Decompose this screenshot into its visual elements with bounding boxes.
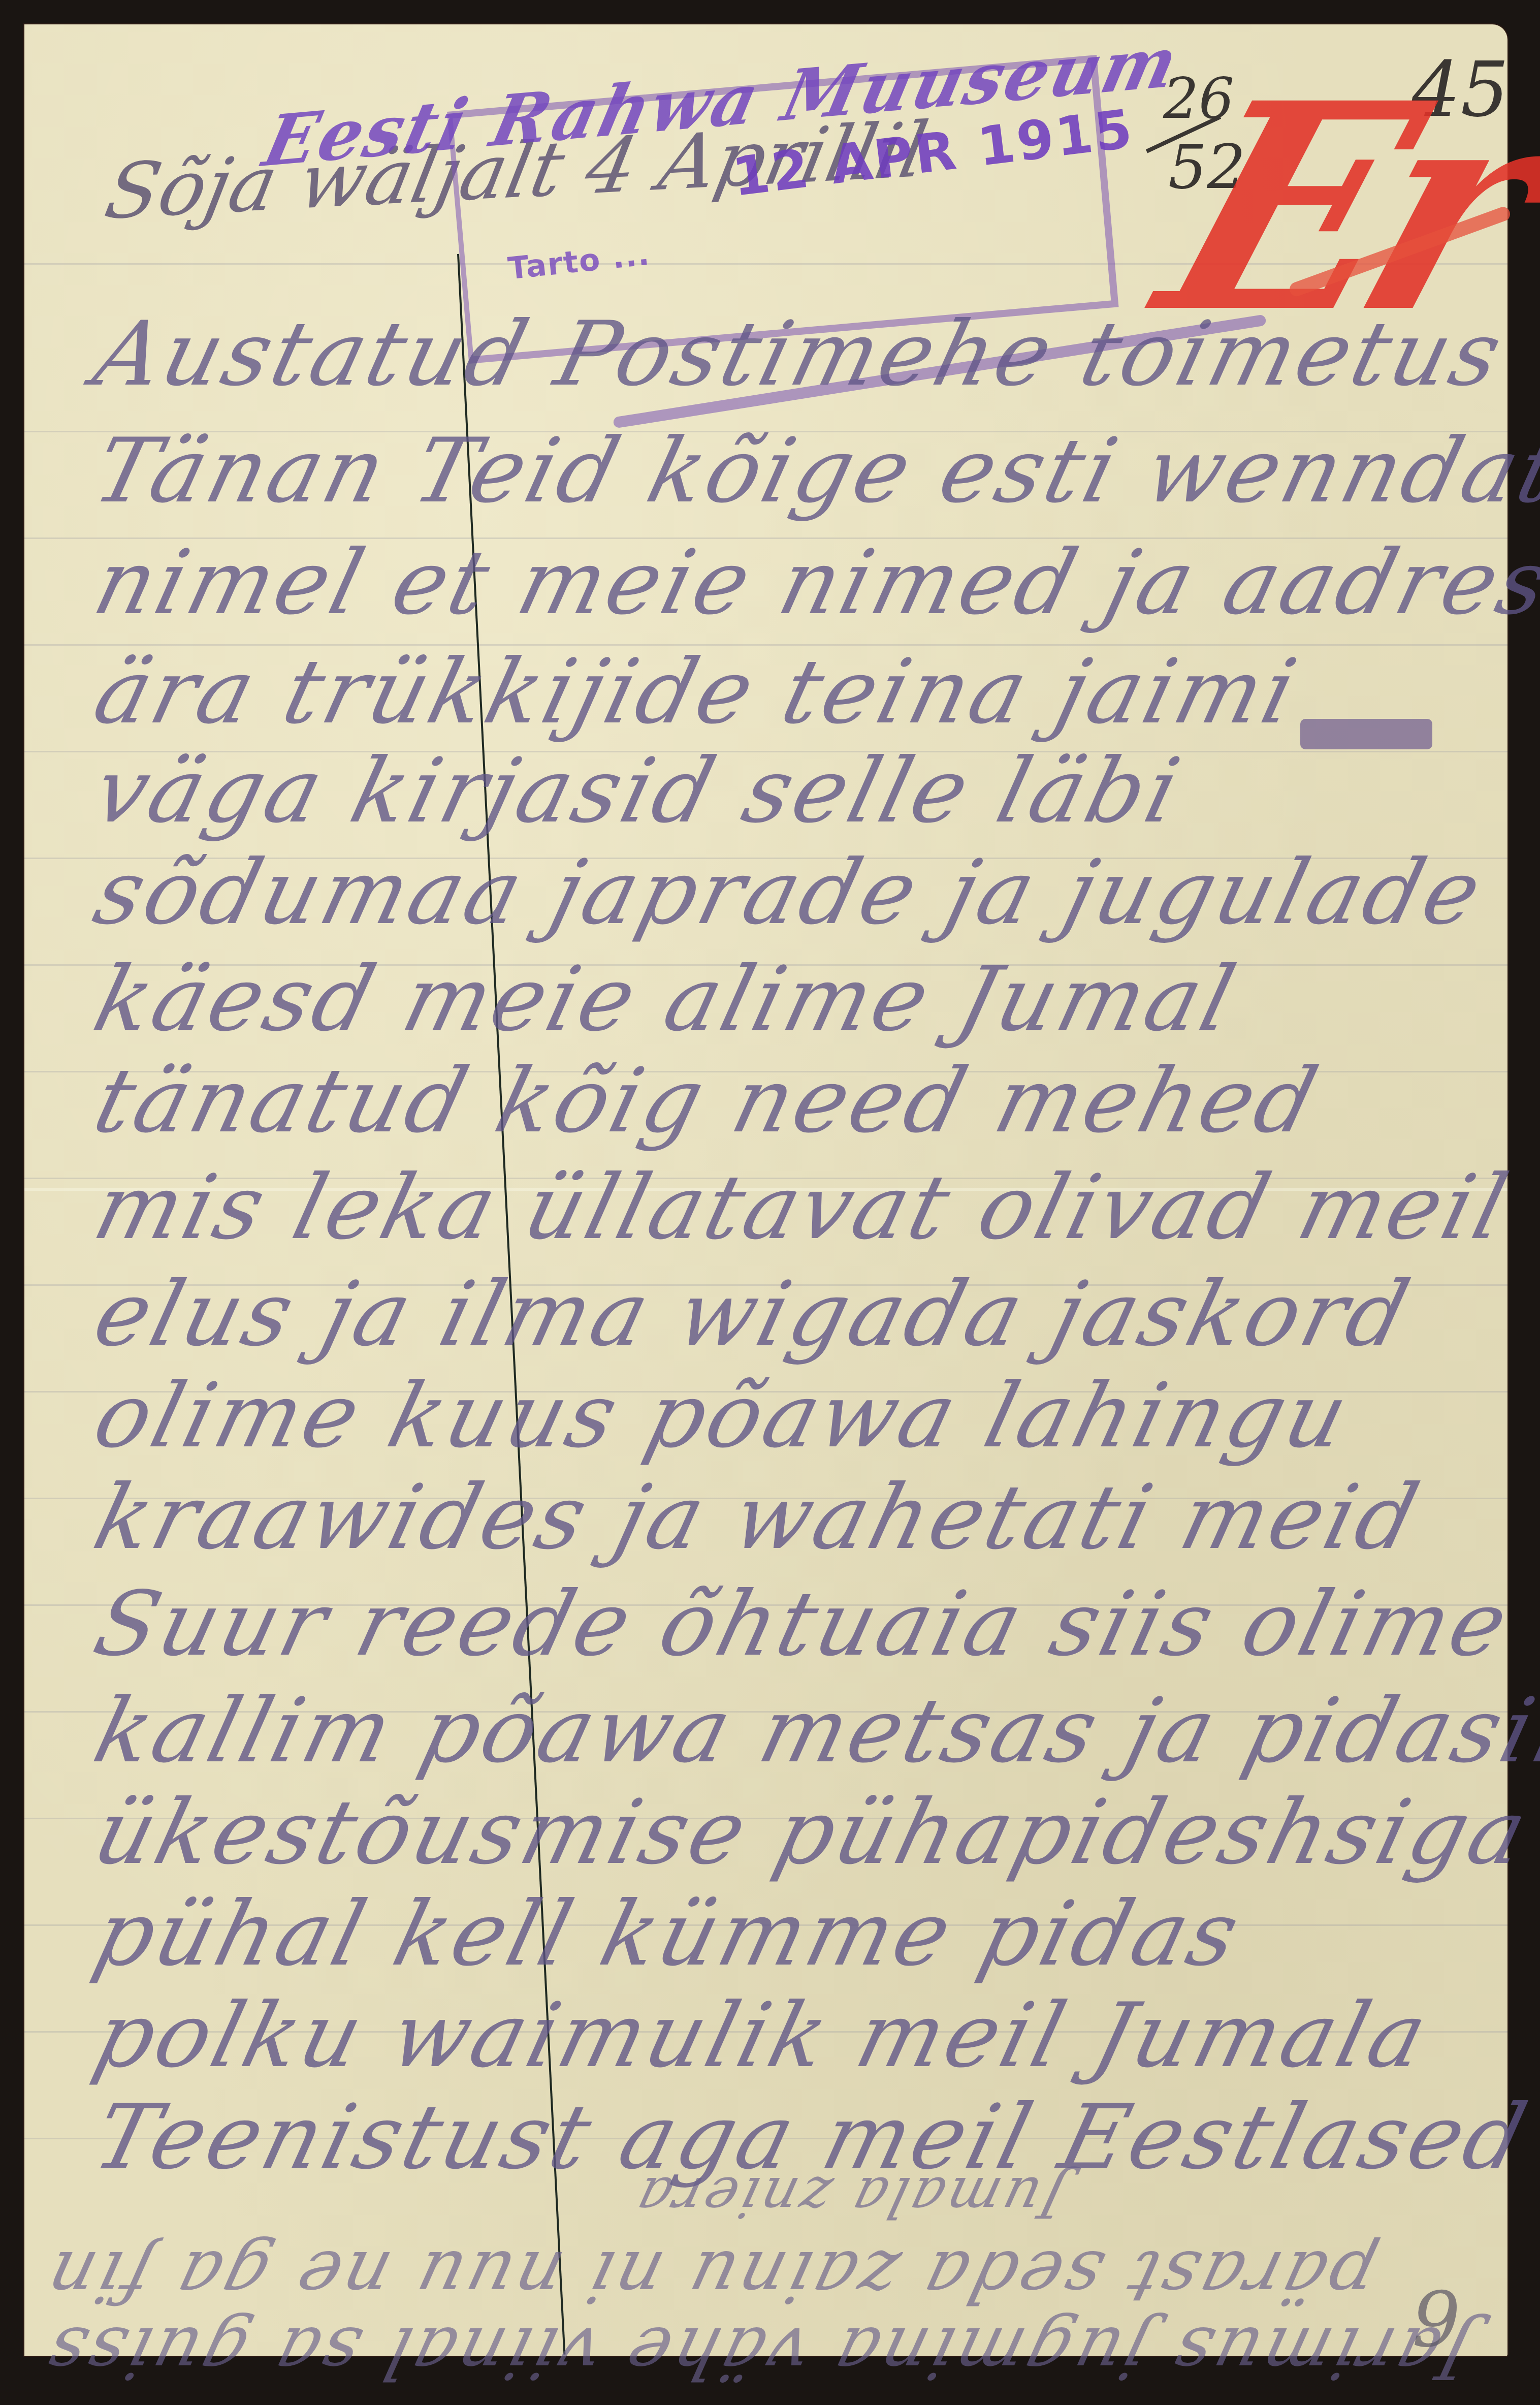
letter-line: kraawides ja wahetati meid xyxy=(86,1473,1429,1562)
upside-down-line: pärast seda zainu ni nuu ne ga fin xyxy=(37,2240,1383,2312)
letter-line: sõdumaa japrade ja jugulade xyxy=(86,848,1492,937)
letter-line: Suur reede õhtuaia siis olime xyxy=(86,1580,1519,1669)
letter-line: Tänan Teid kõige esti wenndate xyxy=(86,427,1540,516)
letter-line: ära trükkijide teina jaimi xyxy=(86,648,1307,737)
letter-line: väga kirjasid selle läbi xyxy=(86,747,1190,836)
letter-line: nimel et meie nimed ja aadressi xyxy=(86,539,1540,627)
letter-line: olime kuus põawa lahingu xyxy=(86,1372,1359,1461)
letter-line: Austatud Postimehe toimetus xyxy=(86,310,1512,399)
letter-line: tänatud kõig need mehed xyxy=(86,1057,1328,1146)
letter-line: ükestõusmise pühapideshsiga xyxy=(86,1788,1537,1877)
letter-line: pühal kell kümme pidas xyxy=(86,1890,1249,1979)
letter-line: elus ja ilma wigada jaskord xyxy=(86,1270,1420,1359)
letter-line: kallim põawa metsas ja pidasime xyxy=(86,1687,1540,1776)
footer-mark: 9 xyxy=(1412,2276,1460,2364)
crossed-out-word xyxy=(1300,719,1432,749)
upside-down-line: Jumala zniera xyxy=(628,2169,1071,2225)
letter-line: polku waimulik meil Jumala xyxy=(86,1991,1437,2080)
letter-line: käesd meie alime Jumal xyxy=(86,955,1245,1044)
letter-line: mis leka üllatavat olivad meil xyxy=(86,1163,1518,1252)
upside-down-line: Jarimus jugmina vähe viinal sa guiss xyxy=(37,2317,1480,2388)
